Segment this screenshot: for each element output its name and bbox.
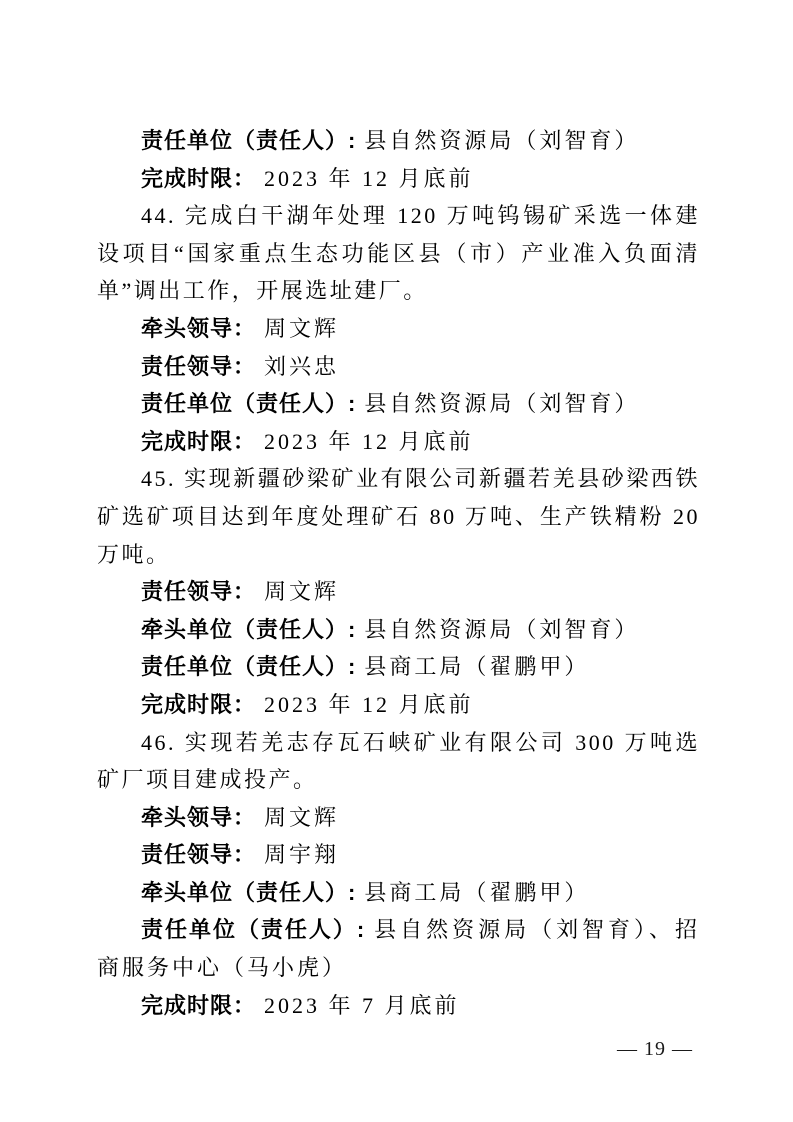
field-value: 刘兴忠	[264, 354, 339, 379]
field-value: 周宇翔	[264, 842, 339, 867]
field-label: 责任领导：	[141, 842, 256, 867]
task-paragraph-46: 46. 实现若羌志存瓦石峡矿业有限公司 300 万吨选矿厂项目建成投产。	[97, 724, 700, 799]
field-value: 县商工局（翟鹏甲）	[364, 654, 589, 679]
field-row: 牵头单位（责任人）:县商工局（翟鹏甲）	[97, 874, 700, 912]
document-body: 责任单位（责任人）:县自然资源局（刘智育） 完成时限：2023 年 12 月底前…	[97, 122, 700, 1024]
field-label: 责任领导：	[141, 579, 256, 604]
field-row: 责任领导：刘兴忠	[97, 348, 700, 386]
field-value: 2023 年 12 月底前	[264, 429, 474, 454]
field-row: 责任单位（责任人）:县商工局（翟鹏甲）	[97, 648, 700, 686]
field-value: 县商工局（翟鹏甲）	[364, 880, 589, 905]
field-label: 牵头领导：	[141, 316, 256, 341]
field-label: 完成时限：	[141, 692, 256, 717]
field-row: 牵头领导：周文辉	[97, 310, 700, 348]
field-row: 责任领导：周文辉	[97, 573, 700, 611]
field-row: 完成时限：2023 年 12 月底前	[97, 686, 700, 724]
field-value: 县自然资源局（刘智育）	[364, 391, 639, 416]
field-row: 责任单位（责任人）:县自然资源局（刘智育）	[97, 385, 700, 423]
field-row: 牵头领导：周文辉	[97, 799, 700, 837]
field-label: 完成时限：	[141, 166, 256, 191]
field-row: 完成时限：2023 年 7 月底前	[97, 987, 700, 1025]
field-value: 县自然资源局（刘智育）	[364, 617, 639, 642]
field-label: 责任单位（责任人）:	[141, 654, 356, 679]
field-value: 周文辉	[264, 579, 339, 604]
field-label: 责任单位（责任人）:	[141, 917, 365, 942]
field-label: 完成时限：	[141, 993, 256, 1018]
field-label: 责任单位（责任人）:	[141, 391, 356, 416]
field-value: 周文辉	[264, 805, 339, 830]
field-label: 完成时限：	[141, 429, 256, 454]
field-value: 2023 年 12 月底前	[264, 166, 474, 191]
field-label: 牵头单位（责任人）:	[141, 617, 356, 642]
field-row: 责任单位（责任人）:县自然资源局（刘智育）、招商服务中心（马小虎）	[97, 911, 700, 986]
field-label: 牵头单位（责任人）:	[141, 880, 356, 905]
field-row: 完成时限：2023 年 12 月底前	[97, 423, 700, 461]
page-number: — 19 —	[600, 1038, 710, 1061]
field-value: 2023 年 12 月底前	[264, 692, 474, 717]
field-row: 责任单位（责任人）:县自然资源局（刘智育）	[97, 122, 700, 160]
field-label: 牵头领导：	[141, 805, 256, 830]
field-label: 责任领导：	[141, 354, 256, 379]
task-paragraph-44: 44. 完成白干湖年处理 120 万吨钨锡矿采选一体建设项目“国家重点生态功能区…	[97, 197, 700, 310]
field-row: 责任领导：周宇翔	[97, 836, 700, 874]
field-value: 县自然资源局（刘智育）	[364, 128, 639, 153]
field-label: 责任单位（责任人）:	[141, 128, 356, 153]
task-paragraph-45: 45. 实现新疆砂梁矿业有限公司新疆若羌县砂梁西铁矿选矿项目达到年度处理矿石 8…	[97, 460, 700, 573]
field-row: 牵头单位（责任人）:县自然资源局（刘智育）	[97, 611, 700, 649]
field-value: 周文辉	[264, 316, 339, 341]
document-page: 责任单位（责任人）:县自然资源局（刘智育） 完成时限：2023 年 12 月底前…	[0, 0, 793, 1122]
field-value: 2023 年 7 月底前	[264, 993, 460, 1018]
field-row: 完成时限：2023 年 12 月底前	[97, 160, 700, 198]
